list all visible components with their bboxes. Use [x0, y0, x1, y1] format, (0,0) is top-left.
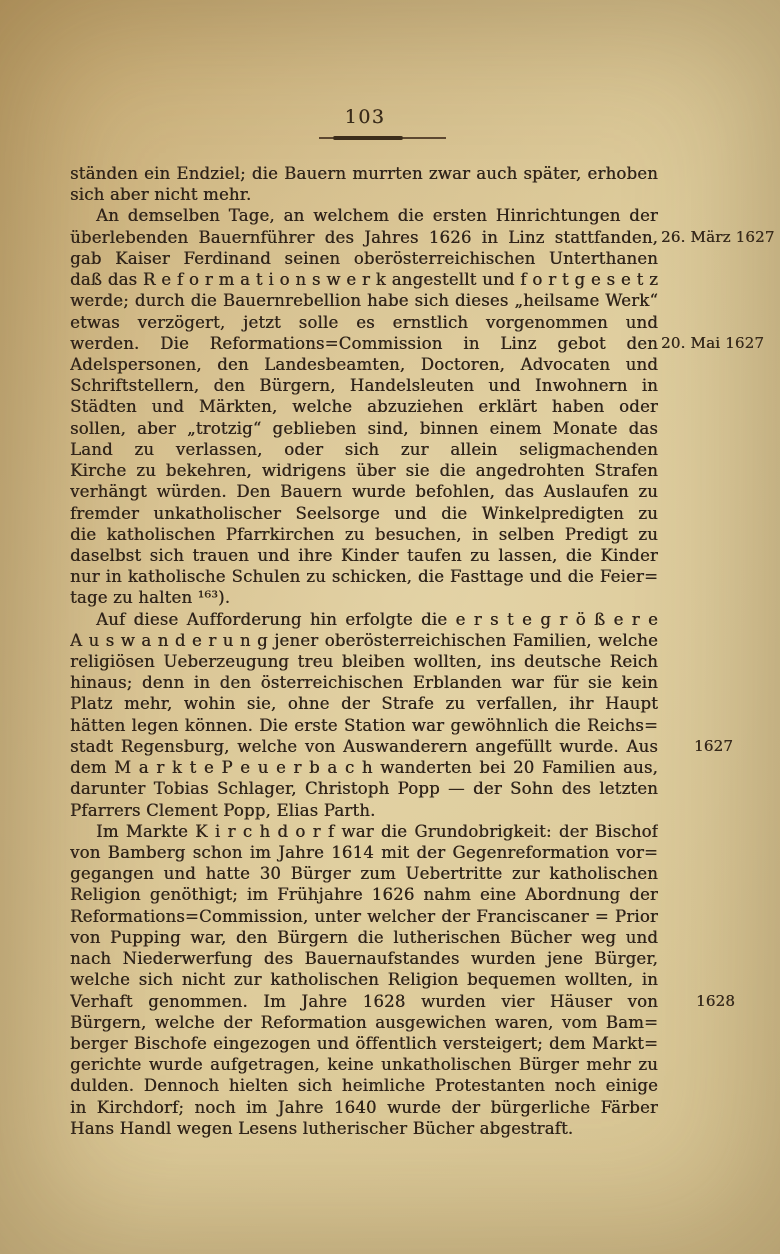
text-line: An demselben Tage, an welchem die ersten…: [70, 205, 658, 226]
text-line: religiösen Ueberzeugung treu bleiben wol…: [70, 651, 658, 672]
text-line: ständen ein Endziel; die Bauern murrten …: [70, 163, 658, 184]
text-line: verhängt würden. Den Bauern wurde befohl…: [70, 481, 658, 502]
text-line: dulden. Dennoch hielten sich heimliche P…: [70, 1075, 658, 1096]
text-line: von Bamberg schon im Jahre 1614 mit der …: [70, 842, 658, 863]
page-number-rule: [319, 135, 446, 141]
text-line: die katholischen Pfarrkirchen zu besuche…: [70, 524, 658, 545]
text-line: Religion genöthigt; im Frühjahre 1626 na…: [70, 884, 658, 905]
text-line: sollen, aber „trotzig“ geblieben sind, b…: [70, 418, 658, 439]
text-line: Verhaft genommen. Im Jahre 1628 wurden v…: [70, 991, 658, 1012]
text-line: daselbst sich trauen und ihre Kinder tau…: [70, 545, 658, 566]
page-number: 103: [334, 106, 396, 128]
text-line: Auf diese Aufforderung hin erfolgte die …: [70, 609, 658, 630]
text-line: daß das R e f o r m a t i o n s w e r k …: [70, 269, 658, 290]
rule-thin-left: [319, 137, 333, 138]
text-line: Land zu verlassen, oder sich zur allein …: [70, 439, 658, 460]
body-text-block: ständen ein Endziel; die Bauern murrten …: [70, 163, 658, 1139]
text-line: A u s w a n d e r u n g jener oberösterr…: [70, 630, 658, 651]
text-line: fremder unkatholischer Seelsorge und die…: [70, 503, 658, 524]
margin-note-year: 20. Mai 1627: [661, 333, 764, 354]
text-line: hätten legen können. Die erste Station w…: [70, 715, 658, 736]
text-line: Hans Handl wegen Lesens lutherischer Büc…: [70, 1118, 658, 1139]
text-line: Im Markte K i r c h d o r f war die Grun…: [70, 821, 658, 842]
text-line: hinaus; denn in den österreichischen Erb…: [70, 672, 658, 693]
text-line: Bürgern, welche der Reformation ausgewic…: [70, 1012, 658, 1033]
rule-thick-center: [333, 136, 403, 139]
text-line: gerichte wurde aufgetragen, keine unkath…: [70, 1054, 658, 1075]
text-line: nur in katholische Schulen zu schicken, …: [70, 566, 658, 587]
text-line: darunter Tobias Schlager, Christoph Popp…: [70, 778, 658, 799]
text-line: sich aber nicht mehr.: [70, 184, 658, 205]
text-line: gab Kaiser Ferdinand seinen oberösterrei…: [70, 248, 658, 269]
text-line: stadt Regensburg, welche von Auswanderer…: [70, 736, 658, 757]
text-line: Platz mehr, wohin sie, ohne der Strafe z…: [70, 693, 658, 714]
text-line: überlebenden Bauernführer des Jahres 162…: [70, 227, 658, 248]
text-line: in Kirchdorf; noch im Jahre 1640 wurde d…: [70, 1097, 658, 1118]
text-line: Städten und Märkten, welche abzuziehen e…: [70, 396, 658, 417]
text-line: gegangen und hatte 30 Bürger zum Uebertr…: [70, 863, 658, 884]
text-line: etwas verzögert, jetzt solle es ernstlic…: [70, 312, 658, 333]
text-line: nach Niederwerfung des Bauernaufstandes …: [70, 948, 658, 969]
text-line: Reformations=Commission, unter welcher d…: [70, 906, 658, 927]
text-line: Schriftstellern, den Bürgern, Handelsleu…: [70, 375, 658, 396]
text-line: welche sich nicht zur katholischen Relig…: [70, 969, 658, 990]
text-line-with-footnote-ref: tage zu halten ¹⁶³).: [70, 587, 658, 608]
text-line: werde; durch die Bauernrebellion habe si…: [70, 290, 658, 311]
text-line: werden. Die Reformations=Commission in L…: [70, 333, 658, 354]
text-line: berger Bischofe eingezogen und öffentlic…: [70, 1033, 658, 1054]
margin-note-year: 26. März 1627: [661, 227, 775, 248]
text-line: Pfarrers Clement Popp, Elias Parth.: [70, 800, 658, 821]
rule-thin-right: [403, 137, 446, 138]
scanned-book-page: 103 26. März 1627 20. Mai 1627 1627 1628…: [0, 0, 780, 1254]
margin-note-year: 1627: [694, 736, 733, 757]
margin-note-year: 1628: [696, 991, 735, 1012]
text-line: Kirche zu bekehren, widrigens über sie d…: [70, 460, 658, 481]
text-line: dem M a r k t e P e u e r b a c h wander…: [70, 757, 658, 778]
text-line: Adelspersonen, den Landesbeamten, Doctor…: [70, 354, 658, 375]
text-line: von Pupping war, den Bürgern die lutheri…: [70, 927, 658, 948]
